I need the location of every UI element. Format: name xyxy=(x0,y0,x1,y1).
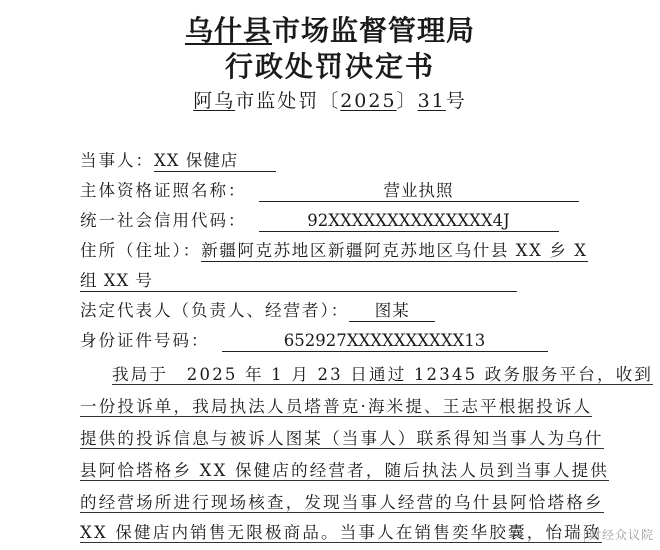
docno-prefix: 阿乌 xyxy=(193,90,235,112)
field-id-number: 身份证件号码：652927XXXXXXXXXX13 xyxy=(80,330,548,352)
document-number: 阿乌市监处罚〔2025〕31号 xyxy=(0,88,660,114)
field-license-name-label: 主体资格证照名称： xyxy=(80,181,247,200)
document-page: 乌什县市场监督管理局 行政处罚决定书 阿乌市监处罚〔2025〕31号 当事人：X… xyxy=(0,0,660,550)
field-legal-rep: 法定代表人（负责人、经营者）：图某 xyxy=(80,300,435,322)
body-line-2: 一份投诉单，我局执法人员塔普克·海米提、王志平根据投诉人 xyxy=(80,396,592,418)
field-party: 当事人：XX 保健店 xyxy=(80,150,276,172)
field-id-number-label: 身份证件号码： xyxy=(80,331,210,350)
docno-number: 31 xyxy=(418,90,446,112)
field-address-cont: 组 XX 号 xyxy=(80,270,517,292)
agency-title: 乌什县市场监督管理局 xyxy=(0,14,660,48)
watermark: 财经众议院 xyxy=(584,526,654,543)
field-license-name: 主体资格证照名称：营业执照 xyxy=(80,180,579,202)
field-party-label: 当事人： xyxy=(80,151,154,170)
field-party-value: XX 保健店 xyxy=(154,150,276,172)
field-license-name-value: 营业执照 xyxy=(259,180,579,202)
field-address-label: 住所（住址）： xyxy=(80,241,201,260)
docno-suffix: 号 xyxy=(446,90,467,112)
agency-title-county: 乌什县 xyxy=(185,14,272,47)
field-address-value-line1: 新疆阿克苏地区新疆阿克苏地区乌什县 XX 乡 X xyxy=(201,240,587,262)
field-id-number-value: 652927XXXXXXXXXX13 xyxy=(222,330,548,352)
document-type-title: 行政处罚决定书 xyxy=(0,50,660,84)
field-legal-rep-value: 图某 xyxy=(349,300,435,322)
docno-mid: 〕 xyxy=(397,90,418,112)
body-line-4: 县阿恰塔格乡 XX 保健店的经营者，随后执法人员到当事人提供 xyxy=(80,460,592,482)
field-address: 住所（住址）：新疆阿克苏地区新疆阿克苏地区乌什县 XX 乡 X xyxy=(80,240,588,262)
body-line-6: XX 保健店内销售无限极商品。当事人在销售奕华胶囊，怡瑞致 xyxy=(80,522,592,544)
field-credit-code: 统一社会信用代码：92XXXXXXXXXXXXXX4J xyxy=(80,210,559,232)
docno-prefix-rest: 市监处罚〔 xyxy=(235,90,340,112)
watermark-text: 财经众议院 xyxy=(589,528,654,542)
body-line-1: 我局于 2025 年 1 月 23 日通过 12345 政务服务平台，收到 xyxy=(80,364,592,386)
body-line-5: 的经营场所进行现场核查，发现当事人经营的乌什县阿恰塔格乡 xyxy=(80,492,592,514)
docno-year: 2025 xyxy=(340,90,396,112)
field-credit-code-label: 统一社会信用代码： xyxy=(80,211,247,230)
agency-title-rest: 市场监督管理局 xyxy=(272,14,475,47)
field-legal-rep-label: 法定代表人（负责人、经营者）： xyxy=(80,301,349,320)
body-line-3: 提供的投诉信息与被诉人图某（当事人）联系得知当事人为乌什 xyxy=(80,428,592,450)
field-address-value-line2: 组 XX 号 xyxy=(80,270,517,292)
field-credit-code-value: 92XXXXXXXXXXXXXX4J xyxy=(259,210,559,232)
watermark-divider xyxy=(584,530,585,542)
